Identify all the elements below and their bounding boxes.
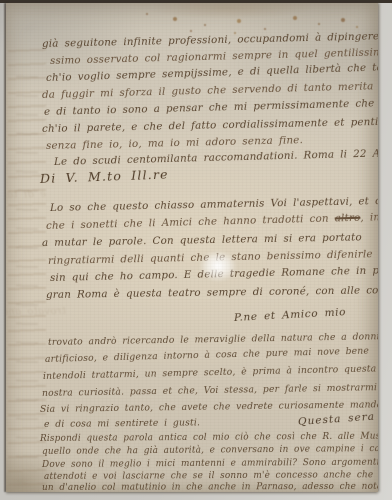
manuscript-line: artificioso, e diligenza intorno à cosa … <box>45 347 369 365</box>
manuscript-line: da fuggir mi sforza il gusto che servend… <box>42 80 378 100</box>
manuscript-line: nostra curiosità. passa et che, Voi stes… <box>42 383 377 399</box>
ink-bleed-column-2 <box>16 63 38 463</box>
framed-manuscript-photo: e di tanto io sono a pensar che mi permi… <box>0 0 392 500</box>
manuscript-line: e di cosa mi sentirete i gusti. <box>44 418 200 430</box>
foxing-specks <box>146 13 148 15</box>
manuscript-line: intendoli trattarmi, un sempre scelto, è… <box>43 364 377 382</box>
manuscript-line: ch'io il parete, e che del fatto cordial… <box>42 117 378 134</box>
manuscript-line: Lo so che questo chiasso ammaternis Voi … <box>50 195 378 213</box>
manuscript-line: che i sonetti che li Amici che hanno tra… <box>46 211 378 231</box>
section-heading: P.ne et Amico mio <box>234 307 347 323</box>
line-text: che i sonetti che li Amici che hanno tra… <box>46 212 335 232</box>
manuscript-line: attendoti e voi lasciarne che se il sonn… <box>44 470 373 482</box>
manuscript-line: Sia vi ringrazio tanto, che avete che ve… <box>40 400 378 415</box>
ink-bleed-column <box>8 41 46 485</box>
strikethrough-word: altro <box>335 212 361 225</box>
manuscript-line: a mutar le parole. Con questa lettera mi… <box>42 232 362 248</box>
line-text: , importante <box>360 210 378 224</box>
manuscript-line: un d'anelio col matutinio in che anche i… <box>42 482 378 492</box>
signature-line: Di V. M.to Ill.re <box>40 170 169 184</box>
ghost-line: trovato andrò ricercando le meraviglie d… <box>6 306 66 320</box>
manuscript-line: senza fine io, io, ma io mi adoro senza … <box>46 135 303 151</box>
closing-flourish: Questa sera <box>298 412 376 427</box>
manuscript-line: quello onde che ha già autorità, e conve… <box>42 444 378 457</box>
ghost-line: e di tanto io sono a pensar che mi permi… <box>6 189 46 206</box>
manuscript-line: trovato andrò ricercando le meraviglie d… <box>48 332 378 348</box>
manuscript-line: già seguitone infinite professioni, occu… <box>42 31 378 49</box>
manuscript-line: gran Roma è questa teatro sempre di coro… <box>46 285 378 300</box>
camera-glare <box>199 250 237 282</box>
manuscript-line: e di tanto io sono a pensar che mi permi… <box>44 97 378 117</box>
manuscript-paper: e di tanto io sono a pensar che mi permi… <box>6 3 378 492</box>
manuscript-line: Dove sono il meglio i mici mantenni e am… <box>42 458 378 470</box>
manuscript-line: Rispondi questa parola antica col mio ci… <box>40 432 378 444</box>
